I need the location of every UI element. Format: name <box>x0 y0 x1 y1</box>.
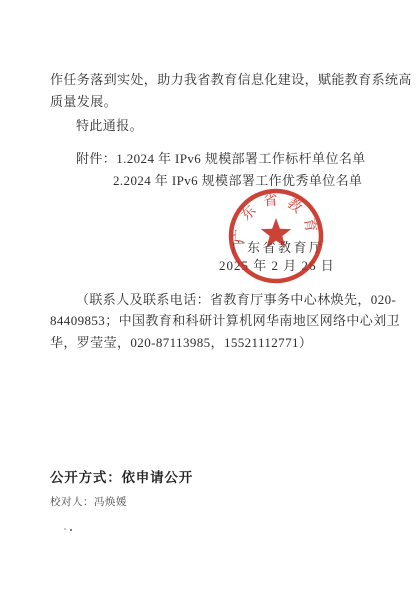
attachment-label: 附件： <box>76 151 116 166</box>
issuing-authority: 广东省教育厅 <box>228 240 328 255</box>
attachment-line: 附件：1.2024 年 IPv6 规模部署工作标杆单位名单 <box>76 151 366 166</box>
scan-artifact <box>64 528 74 533</box>
contact-info-line: 华，罗莹莹，020-87113985，15521112771） <box>50 335 312 350</box>
attachment-item: 1.2024 年 IPv6 规模部署工作标杆单位名单 <box>116 151 365 166</box>
proofreader: 校对人：冯焕媛 <box>50 495 127 510</box>
document-page: 作任务落到实处，助力我省教育信息化建设，赋能教育系统高 质量发展。 特此通报。 … <box>0 0 418 591</box>
contact-info-line: （联系人及联系电话：省教育厅事务中心林焕先，020- <box>76 292 396 307</box>
closing-phrase: 特此通报。 <box>76 118 143 133</box>
attachment-item: 2.2024 年 IPv6 规模部署工作优秀单位名单 <box>113 173 362 188</box>
issue-date: 2025 年 2 月 26 日 <box>219 258 335 273</box>
body-paragraph-line: 作任务落到实处，助力我省教育信息化建设，赋能教育系统高 <box>50 72 412 87</box>
contact-info-line: 84409853；中国教育和科研计算机网华南地区网络中心刘卫 <box>50 313 400 328</box>
body-paragraph-line: 质量发展。 <box>50 94 117 109</box>
disclosure-method: 公开方式：依申请公开 <box>50 470 193 485</box>
seal-arc-text: 广东省教育厅 <box>224 184 321 244</box>
